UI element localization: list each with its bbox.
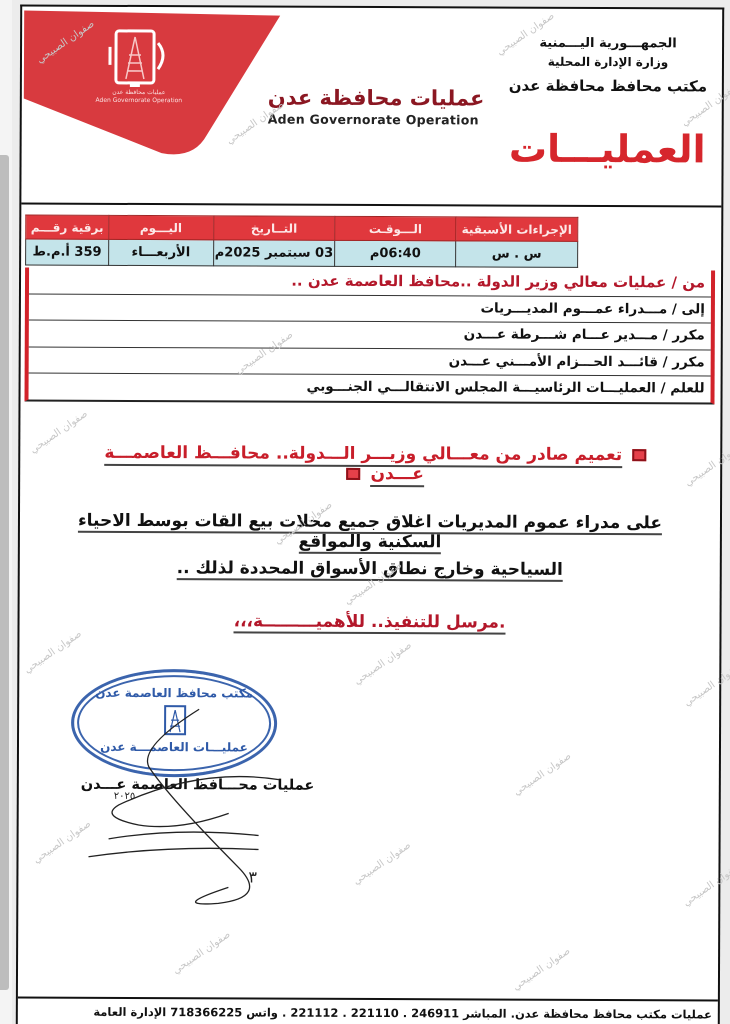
routing-block: من / عمليات معالي وزير الدولة ..محافظ ال… [24,267,715,404]
value-time: 06:40م [335,240,456,267]
closing-line: .مرسل للتنفيذ.. للأهميـــــــــة،،، [59,611,679,634]
stamp-top-text: مكتب محافظ العاصمة عدن [74,686,274,701]
handwritten-mark: ٣ [248,867,257,886]
header-date: التــاريخ [213,216,334,241]
meta-value-row: س . س 06:40م 03 سبتمبر 2025م الأربعـــاء… [26,239,578,267]
closing-text: .مرسل للتنفيذ.. للأهميـــــــــة،،، [234,611,506,634]
body-line-2-text: السياحية وخارج نطاق الأسواق المحددة لذلك… [177,558,563,582]
office-name: مكتب محافظ محافظة عدن [508,75,708,98]
header-divider [21,202,721,207]
watermark: صفوان الصبيحي [683,441,730,488]
handwritten-signature: ٢٠٢٥ ٣ [78,707,319,908]
watermark: صفوان الصبيحي [512,751,574,798]
brand-name-en: Aden Governorate Operation [268,112,479,128]
header-day: اليـــوم [109,215,214,239]
circular-title: تعميم صادر من معـــالي وزيـــر الـــدولة… [80,443,680,486]
watermark: صفوان الصبيحي [171,929,233,976]
watermark: صفوان الصبيحي [352,640,414,687]
header-telegram-number: برقية رقـــم [26,215,109,239]
telegram-meta-table: الإجراءات الأسبقية الـــوقـت التــاريخ ا… [25,214,578,267]
circular-title-text: تعميم صادر من معـــالي وزيـــر الـــدولة… [104,443,622,487]
ministry-name: وزارة الإدارة المحلية [508,53,708,72]
routing-from: من / عمليات معالي وزير الدولة ..محافظ ال… [29,268,711,297]
logo-caption: عمليات محافظة عدن Aden Governorate Opera… [80,89,198,106]
government-header: الجمهـــورية اليـــمنية وزارة الإدارة ال… [508,35,708,98]
routing-cc-police: مكرر / مـــدير عـــام شـــرطة عـــدن [29,321,711,350]
watermark: صفوان الصبيحي [351,840,413,887]
bullet-square-icon [346,468,360,480]
watermark: صفوان الصبيحي [682,661,730,708]
watermark: صفوان الصبيحي [511,946,573,993]
logo-caption-en: Aden Governorate Operation [80,97,198,106]
routing-cc-security-belt: مكرر / قائـــد الحـــزام الأمـــني عـــد… [29,347,711,376]
operations-logo-icon [102,25,172,95]
routing-to: إلى / مـــدراء عمـــوم المديـــريات [29,294,711,323]
footer-divider [18,996,718,1001]
brand-name-ar: عمليات محافظة عدن [268,86,485,111]
document-page: عمليات محافظة عدن Aden Governorate Opera… [16,4,724,1024]
value-day: الأربعـــاء [108,239,213,265]
bullet-square-icon [632,449,646,461]
value-date: 03 سبتمبر 2025م [213,240,334,267]
circular-body-line-1: على مدراء عموم المديريات اغلاق جميع محلا… [60,511,680,554]
value-priority: س . س [456,241,577,268]
footer-contact: عمليات مكتب محافظ محافظة عدن. المباشر 24… [18,1004,712,1021]
value-telegram-number: 359 أ.م.ط [26,239,109,265]
header-priority: الإجراءات الأسبقية [456,217,577,242]
circular-body-line-2: السياحية وخارج نطاق الأسواق المحددة لذلك… [60,558,680,581]
handwritten-date: ٢٠٢٥ [114,791,136,802]
section-title: العمليـــات [509,127,706,172]
body-line-1-text: على مدراء عموم المديريات اغلاق جميع محلا… [78,511,662,555]
meta-header-row: الإجراءات الأسبقية الـــوقـت التــاريخ ا… [26,215,578,241]
watermark: صفوان الصبيحي [681,861,730,908]
republic-name: الجمهـــورية اليـــمنية [508,35,708,54]
routing-info: للعلم / العمليـــات الرئاسيـــة المجلس ا… [29,374,711,402]
scrollbar[interactable] [0,155,9,990]
header-time: الـــوقـت [335,216,456,241]
watermark: صفوان الصبيحي [22,628,84,675]
